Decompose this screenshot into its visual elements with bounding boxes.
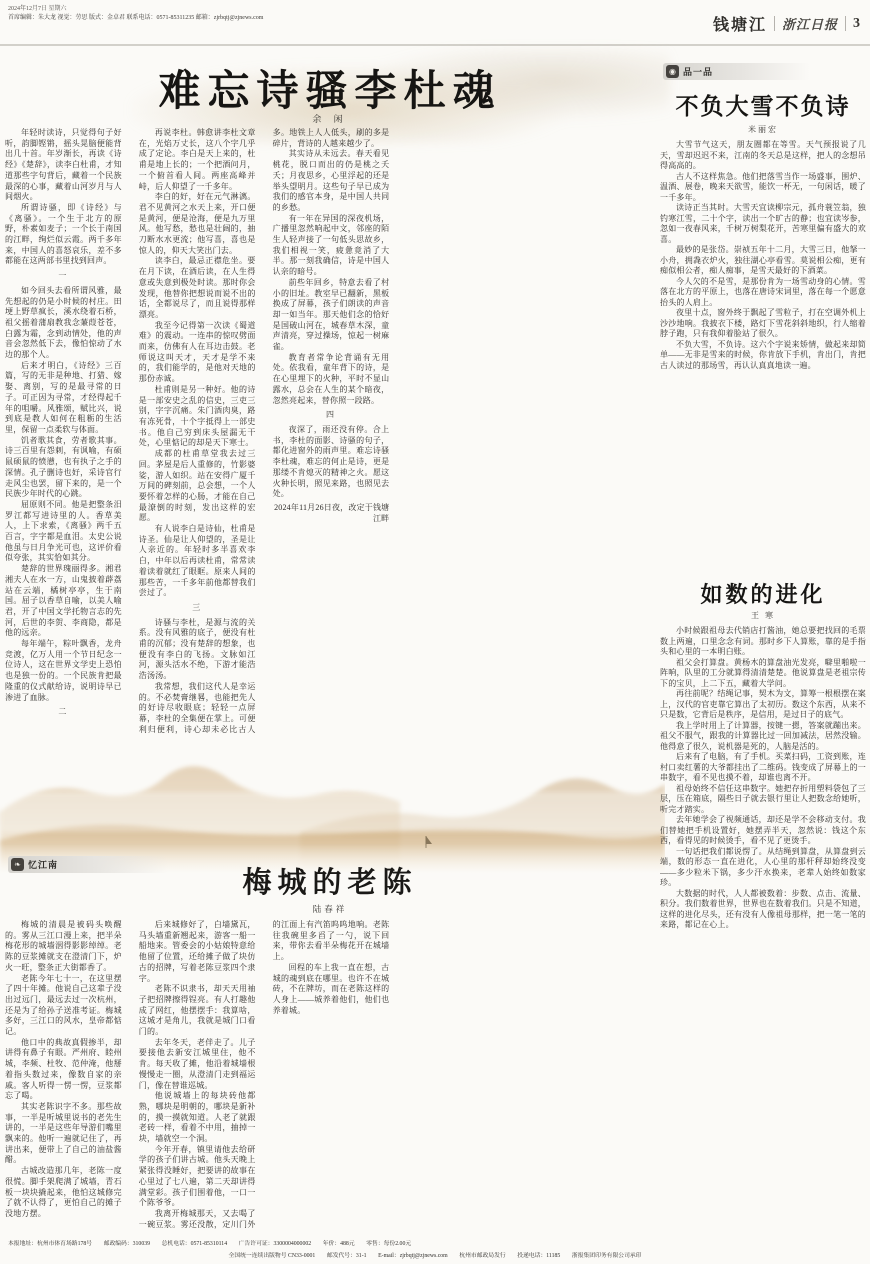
paragraph: 每年端午，粽叶飘香，龙舟竞渡，亿万人用一个节日纪念一位诗人，这在世界文学史上恐怕… <box>5 639 122 703</box>
paragraph: 古城改造那几年，老陈一度很慌。脚手架爬满了城墙，青石板一块块撬起来，他怕这城修完… <box>5 1166 122 1220</box>
paragraph: 所谓诗骚，即《诗经》与《离骚》。一个生于北方的原野，朴素如麦子；一个长于南国的江… <box>5 203 122 267</box>
paragraph: 三 <box>139 603 256 614</box>
footer-colophon-line1: 本报地址：杭州市体育场路178号 邮政编码：310039 总机电话：0571-8… <box>8 1238 788 1247</box>
bottom-article-author: 陆春祥 <box>0 903 660 915</box>
paragraph: 再说李杜。韩愈讲李杜文章在，光焰万丈长，这八个字几乎成了定论。李白是天上来的，杜… <box>139 128 256 192</box>
paragraph: 夜里十点，窗外终于飘起了雪粒子，打在空调外机上沙沙地响。我披衣下楼，路灯下雪花斜… <box>660 308 866 340</box>
header-meta: 2024年12月7日 星期六 首席编辑：朱大龙 视觉：劳思 版式：金卓君 联系电… <box>8 5 263 23</box>
paragraph: 其实老陈识字不多。那些故事，一半是听城里说书的老先生讲的，一半是这些年导游们嘴里… <box>5 1102 122 1166</box>
paragraph: 李白的好，好在元气淋漓。君不见黄河之水天上来，开口便是黄河，便是沧海，便是九万里… <box>139 192 256 256</box>
mountain-watercolor-illustration <box>0 732 665 874</box>
paragraph: 回程的车上我一直在想，古城的魂到底在哪里。也许不在城砖，不在牌坊，而在老陈这样的… <box>273 963 390 1017</box>
right-badge-label: 品一品 <box>683 65 713 78</box>
paragraph: 梅城的清晨是被码头唤醒的。雾从三江口漫上来，把半朵梅花形的城墙洇得影影绰绰。老陈… <box>5 920 122 974</box>
paragraph: 大数据的时代，人人都被数着：步数、点击、流量、积分。我们数着世界，世界也在数着我… <box>660 889 866 931</box>
right-bottom-article-title: 如数的进化 <box>660 578 866 609</box>
paragraph: 屈原则不同。他是把整条汨罗江都写进诗里的人。香草美人，上下求索，《离骚》两千五百… <box>5 500 122 564</box>
paragraph: 诗骚与李杜，是源与流的关系。没有风雅的底子，便没有杜甫的沉郁；没有楚辞的想象，也… <box>139 618 256 682</box>
paragraph: 年轻时读诗，只觉得句子好听，韵脚铿锵，摇头晃脑便能背出几十首。年岁渐长，再读《诗… <box>5 128 122 203</box>
main-article-author: 余 闲 <box>0 112 660 125</box>
main-article-title: 难忘诗骚李杜魂 <box>0 58 660 118</box>
right-bottom-article-body: 小时候跟祖母去代销店打酱油，她总要把找回的毛票数上两遍，口里念念有词。那时乡下人… <box>660 626 866 1238</box>
paragraph: 2024年11月26日夜，改定于钱塘江畔 <box>273 503 390 524</box>
paragraph: 去年她学会了视频通话，却还是学不会移动支付。我们替她把手机设置好，她摆弄半天，忽… <box>660 815 866 847</box>
footer-colophon-line2: 全国统一连续出版物号 CN33-0001 邮发代号：31-1 E-mail：zj… <box>0 1250 870 1259</box>
paragraph: 其实诗从未远去。春天看见桃花，脱口而出的仍是桃之夭夭；月夜思乡，心里浮起的还是举… <box>273 149 390 213</box>
right-top-article-author: 米丽宏 <box>660 124 866 135</box>
paragraph: 读李白，最忌正襟危坐。要在月下读，在酒后读，在人生得意或失意到极处时读。那时你会… <box>139 256 256 320</box>
right-column-badge: ◉ 品一品 <box>663 63 810 80</box>
paragraph: 他说城墙上的每块砖他都熟，哪块是明朝的，哪块是新补的，摸一摸就知道。人老了就跟老… <box>139 1091 256 1145</box>
bottom-article-title: 梅城的老陈 <box>0 860 660 901</box>
mist-band <box>0 792 665 832</box>
right-top-article-body: 大雪节气这天，朋友圈都在等雪。天气预报说了几天，雪却迟迟不来，江南的冬天总是这样… <box>660 140 866 554</box>
paragraph: 我上学时用上了计算器，按键一摁，答案就蹦出来。祖父不服气，跟我的计算器比过一回加… <box>660 721 866 753</box>
paragraph: 去年冬天，老伴走了。儿子要接他去新安江城里住，他不肯。每天收了摊，他沿着城墙根慢… <box>139 1038 256 1092</box>
paragraph: 一句话把我们都说愣了。从结绳到算盘，从算盘到云端，数的形态一直在进化，人心里的那… <box>660 847 866 889</box>
paper-logo: 浙江日报 <box>782 14 838 33</box>
paragraph: 古人不这样焦急。他们把落雪当作一场盛事，围炉、温酒、展卷，晚来天欲雪，能饮一杯无… <box>660 172 866 204</box>
paragraph: 有一年在异国的深夜机场，广播里忽然响起中文，邻座的陌生人轻声接了一句低头思故乡，… <box>273 214 390 278</box>
paragraph: 我至今记得第一次读《蜀道难》的震动。一连串的惊叹劈面而来，仿佛有人在耳边击鼓。老… <box>139 321 256 385</box>
right-top-article-title: 不负大雪不负诗 <box>660 88 866 121</box>
page-number: 3 <box>853 16 860 32</box>
section-title: 钱塘江 <box>713 12 767 35</box>
header-divider <box>845 16 846 31</box>
paragraph: 最妙的是张岱。崇祯五年十二月，大雪三日，他拏一小舟，拥毳衣炉火，独往湖心亭看雪。… <box>660 245 866 277</box>
bottom-article-body: 梅城的清晨是被码头唤醒的。雾从三江口漫上来，把半朵梅花形的城墙洇得影影绰绰。老陈… <box>5 920 657 1238</box>
paragraph: 有人说李白是诗仙，杜甫是诗圣。仙是让人仰望的，圣是让人亲近的。年轻时多半喜欢李白… <box>139 524 256 599</box>
header-date: 2024年12月7日 星期六 <box>8 5 263 14</box>
paragraph: 后来城修好了，白墙黛瓦，马头墙重新翘起来，游客一船一船地来。管委会的小姑娘特意给… <box>139 920 256 984</box>
newspaper-page: 2024年12月7日 星期六 首席编辑：朱大龙 视觉：劳思 版式：金卓君 联系电… <box>0 0 870 1264</box>
paragraph: 四 <box>273 410 390 421</box>
paragraph: 今人欠的不是雪，是那份肯为一场雪动身的心情。雪落在北方的平原上，也落在唐诗宋词里… <box>660 277 866 309</box>
header-rule <box>0 44 870 46</box>
paragraph: 后来有了电脑，有了手机。买菜扫码，工资到账，连村口卖红薯的大爷都挂出了二维码。钱… <box>660 752 866 784</box>
paragraph: 二 <box>5 707 122 718</box>
paragraph: 夜深了，雨还没有停。合上书，李杜的面影、诗骚的句子，都化进窗外的雨声里。难忘诗骚… <box>273 425 390 500</box>
paragraph: 大雪节气这天，朋友圈都在等雪。天气预报说了几天，雪却迟迟不来，江南的冬天总是这样… <box>660 140 866 172</box>
paragraph: 今年开春，镇里请他去给研学的孩子们讲古城。他头天晚上紧张得没睡好，把要讲的故事在… <box>139 1145 256 1209</box>
header-editor-line: 首席编辑：朱大龙 视觉：劳思 版式：金卓君 联系电话：0571-85311235… <box>8 14 263 23</box>
right-bottom-article-author: 王 寒 <box>660 610 866 621</box>
column-seal-icon: ◉ <box>666 65 679 78</box>
paragraph: 杜甫则是另一种好。他的诗是一部安史之乱的信史，三吏三别，字字沉痛。朱门酒肉臭，路… <box>139 385 256 449</box>
paragraph: 前些年回乡，特意去看了村小的旧址。教室早已翻新，黑板换成了屏幕，孩子们朗读的声音… <box>273 278 390 353</box>
header-masthead: 钱塘江 浙江日报 3 <box>713 12 860 35</box>
main-article-body: 年轻时读诗，只觉得句子好听，韵脚铿锵，摇头晃脑便能背出几十首。年岁渐长，再读《诗… <box>5 128 657 738</box>
paragraph: 他口中的典故真假掺半，却讲得有鼻子有眼。严州府、睦州城，李频、杜牧、范仲淹，他掰… <box>5 1038 122 1102</box>
paragraph: 老陈今年七十一，在这里摆了四十年摊。他说自己这辈子没出过远门，最远去过一次杭州，… <box>5 974 122 1038</box>
paragraph: 楚辞的世界瑰丽得多。湘君湘夫人在水一方，山鬼披着薜荔站在云端，橘树亭亭，生于南国… <box>5 564 122 639</box>
paragraph: 后来才明白，《诗经》三百篇，写的无非是种地、打猎、嫁娶、离别，写的是最寻常的日子… <box>5 361 122 436</box>
paragraph: 饥者歌其食，劳者歌其事。诗三百里有怨刺，有讽喻，有硕鼠硕鼠的愤懑，也有执子之手的… <box>5 436 122 500</box>
paragraph: 成都的杜甫草堂我去过三回。茅屋是后人重修的，竹影婆娑，游人如织。站在安得广厦千万… <box>139 449 256 524</box>
paragraph: 祖父会打算盘。黄杨木的算盘油光发亮，噼里啪啦一阵响，队里的工分就算得清清楚楚。他… <box>660 658 866 690</box>
paragraph: 不负大雪，不负诗。这六个字说来矫情，做起来却简单——无非是雪来的时候，你肯放下手… <box>660 340 866 372</box>
paragraph: 老陈不识隶书，却天天用袖子把招牌擦得锃亮。有人打趣他成了网红，他摆摆手：我算啥，… <box>139 984 256 1038</box>
paragraph: 教育者常争论背诵有无用处。依我看，童年背下的诗，是在心里埋下的火种，平时不显山露… <box>273 353 390 407</box>
paragraph: 小时候跟祖母去代销店打酱油，她总要把找回的毛票数上两遍，口里念念有词。那时乡下人… <box>660 626 866 658</box>
paragraph: 一 <box>5 271 122 282</box>
header-divider <box>774 16 775 31</box>
paragraph: 读诗正当其时。大雪天宜读柳宗元，孤舟蓑笠翁，独钓寒江雪，二十个字，读出一个旷古的… <box>660 203 866 245</box>
paragraph: 如今回头去看所谓风雅，最先想起的仍是小时候的村庄。田埂上野草疯长，溪水绕着石桥，… <box>5 286 122 361</box>
paragraph: 祖母始终不信任这串数字。她把存折用塑料袋包了三层，压在箱底，隔些日子就去银行里让… <box>660 784 866 816</box>
paragraph: 再往前呢？结绳记事，契木为文，算筹一根根摆在案上，汉代的官吏靠它算出了太初历。数… <box>660 689 866 721</box>
